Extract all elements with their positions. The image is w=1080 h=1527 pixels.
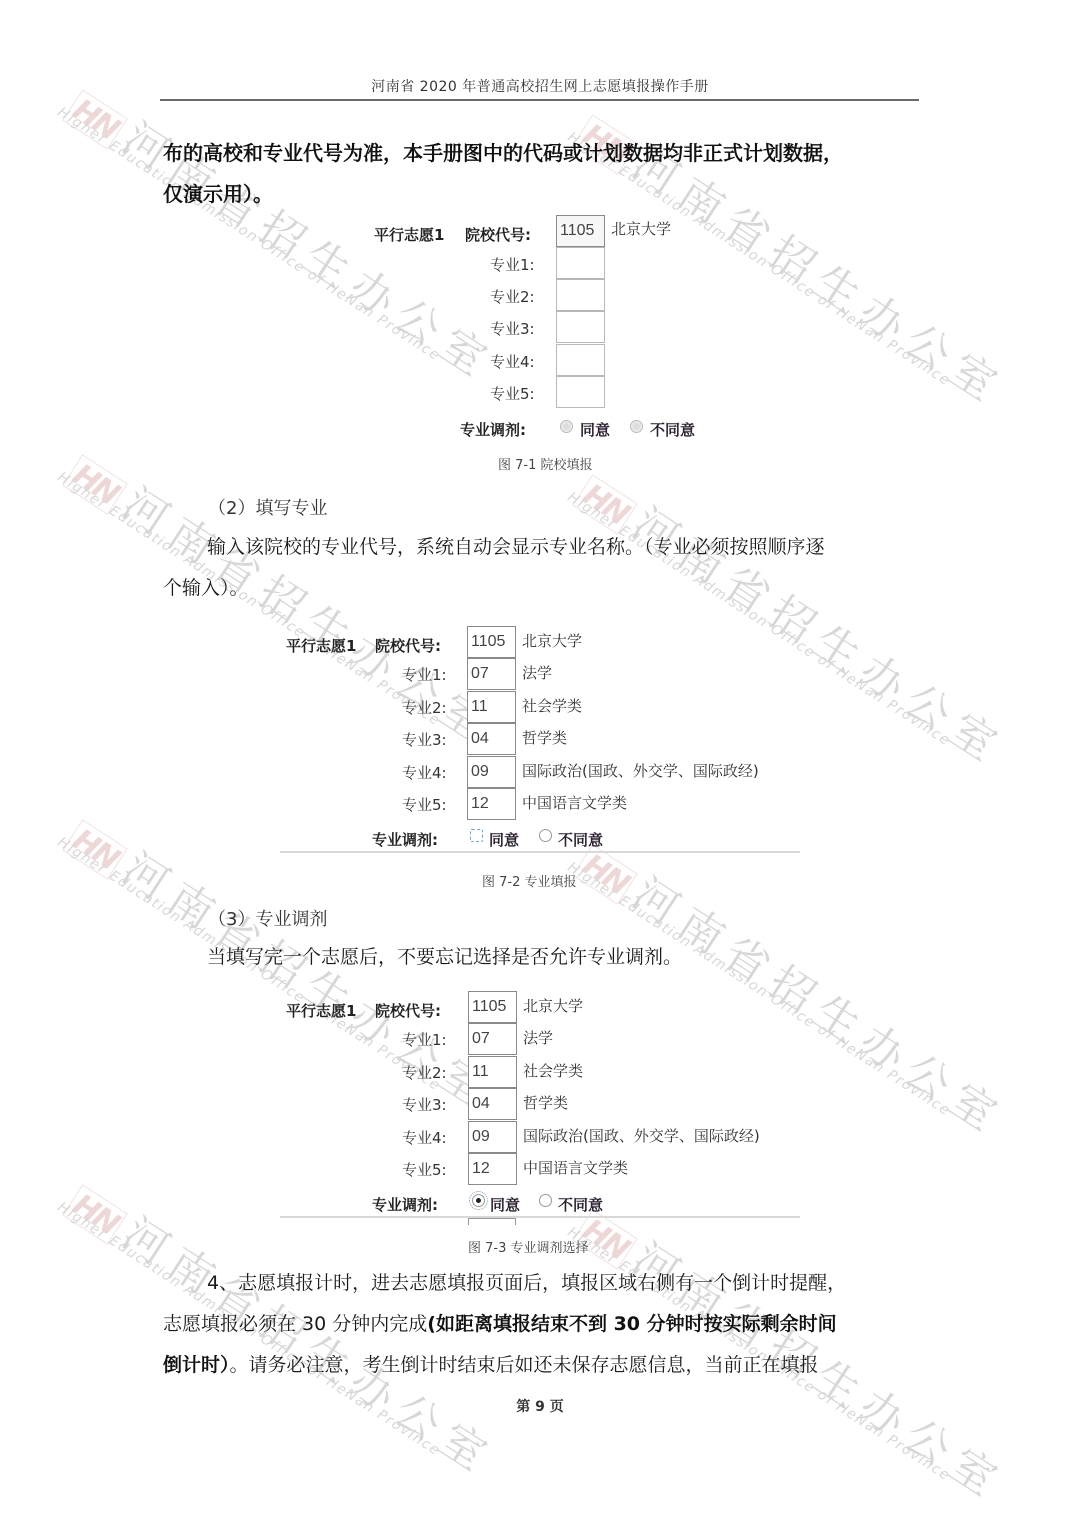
major-4-label: 专业4: xyxy=(402,1127,447,1148)
major-5-input[interactable]: 12 xyxy=(467,788,516,820)
major-5-name: 中国语言文学类 xyxy=(522,792,627,813)
major-2-label: 专业2: xyxy=(402,697,447,718)
group-label: 平行志愿1 xyxy=(374,224,444,245)
watermark: HN河南省招生办公室 Higher Education Admission Of… xyxy=(570,825,1019,1148)
watermark-logo-icon: HN xyxy=(62,819,128,880)
major-1-label: 专业1: xyxy=(490,254,535,275)
major-4-input[interactable]: 09 xyxy=(468,1121,517,1153)
major-3-label: 专业3: xyxy=(402,1094,447,1115)
disagree-radio[interactable] xyxy=(630,420,643,433)
disagree-label[interactable]: 不同意 xyxy=(558,1194,603,1215)
clipped-input xyxy=(468,1218,516,1225)
figure-caption: 图 7-2 专业填报 xyxy=(482,871,577,890)
section-2-body: 输入该院校的专业代号，系统自动会显示专业名称。（专业必须按照顺序逐 个输入）。 xyxy=(163,527,918,609)
watermark-logo-icon: HN xyxy=(62,454,128,515)
major-4-input[interactable] xyxy=(556,344,605,376)
school-code-label: 院校代号: xyxy=(375,1000,441,1021)
major-2-input[interactable] xyxy=(556,279,605,311)
adjust-label: 专业调剂: xyxy=(372,829,438,850)
adjust-label: 专业调剂: xyxy=(460,419,526,440)
major-5-label: 专业5: xyxy=(402,794,447,815)
major-5-name: 中国语言文学类 xyxy=(523,1157,628,1178)
major-4-input[interactable]: 09 xyxy=(467,756,516,788)
adjust-label: 专业调剂: xyxy=(372,1194,438,1215)
major-1-label: 专业1: xyxy=(402,1029,447,1050)
disagree-label[interactable]: 不同意 xyxy=(558,829,603,850)
figure-divider xyxy=(280,851,800,853)
major-4-name: 国际政治(国政、外交学、国际政经) xyxy=(522,760,759,781)
major-5-label: 专业5: xyxy=(402,1159,447,1180)
figure-caption: 图 7-1 院校填报 xyxy=(498,454,593,473)
agree-radio[interactable] xyxy=(470,829,483,842)
school-name: 北京大学 xyxy=(522,630,582,651)
school-code-label: 院校代号: xyxy=(375,635,441,656)
major-3-name: 哲学类 xyxy=(522,727,567,748)
watermark-logo-icon: HN xyxy=(62,89,128,150)
major-5-input[interactable]: 12 xyxy=(468,1153,517,1185)
disagree-radio[interactable] xyxy=(539,1194,552,1207)
page-number: 第 9 页 xyxy=(0,1396,1080,1416)
watermark-logo-icon: HN xyxy=(572,474,638,535)
group-label: 平行志愿1 xyxy=(286,1000,356,1021)
major-3-input[interactable]: 04 xyxy=(468,1088,517,1120)
major-2-name: 社会学类 xyxy=(522,695,582,716)
major-3-input[interactable]: 04 xyxy=(467,723,516,755)
major-3-input[interactable] xyxy=(556,311,605,343)
school-code-label: 院校代号: xyxy=(465,224,531,245)
school-code-input[interactable]: 1105 xyxy=(556,215,605,247)
disagree-label[interactable]: 不同意 xyxy=(650,419,695,440)
major-2-label: 专业2: xyxy=(402,1062,447,1083)
figure-caption: 图 7-3 专业调剂选择 xyxy=(468,1237,589,1256)
header-divider xyxy=(160,99,919,101)
agree-radio[interactable] xyxy=(472,1194,485,1207)
section-3-body: 当填写完一个志愿后，不要忘记选择是否允许专业调剂。 xyxy=(163,937,918,978)
major-2-label: 专业2: xyxy=(490,286,535,307)
school-name: 北京大学 xyxy=(523,995,583,1016)
major-1-name: 法学 xyxy=(523,1027,553,1048)
major-4-label: 专业4: xyxy=(490,351,535,372)
major-1-input[interactable]: 07 xyxy=(467,658,516,690)
agree-radio[interactable] xyxy=(560,420,573,433)
watermark: HN河南省招生办公室 Higher Education Admission Of… xyxy=(570,455,1019,778)
school-name: 北京大学 xyxy=(611,218,671,239)
watermark-logo-icon: HN xyxy=(572,844,638,905)
major-4-name: 国际政治(国政、外交学、国际政经) xyxy=(523,1125,760,1146)
watermark-logo-icon: HN xyxy=(62,1184,128,1245)
major-1-input[interactable]: 07 xyxy=(468,1023,517,1055)
section-4-body: 4、志愿填报计时，进去志愿填报页面后，填报区域右侧有一个倒计时提醒， 志愿填报必… xyxy=(163,1263,918,1386)
major-3-label: 专业3: xyxy=(402,729,447,750)
section-2-heading: （2）填写专业 xyxy=(208,494,327,520)
section-3-heading: （3）专业调剂 xyxy=(208,905,327,931)
major-1-label: 专业1: xyxy=(402,664,447,685)
major-1-name: 法学 xyxy=(522,662,552,683)
major-1-input[interactable] xyxy=(556,247,605,279)
agree-label[interactable]: 同意 xyxy=(580,419,610,440)
school-code-input[interactable]: 1105 xyxy=(467,626,516,658)
major-2-input[interactable]: 11 xyxy=(467,691,516,723)
agree-label[interactable]: 同意 xyxy=(489,829,519,850)
group-label: 平行志愿1 xyxy=(286,635,356,656)
major-2-name: 社会学类 xyxy=(523,1060,583,1081)
major-3-name: 哲学类 xyxy=(523,1092,568,1113)
major-5-label: 专业5: xyxy=(490,383,535,404)
agree-label[interactable]: 同意 xyxy=(490,1194,520,1215)
figure-divider xyxy=(280,1216,800,1218)
major-3-label: 专业3: xyxy=(490,318,535,339)
school-code-input[interactable]: 1105 xyxy=(468,991,517,1023)
major-2-input[interactable]: 11 xyxy=(468,1056,517,1088)
disagree-radio[interactable] xyxy=(539,829,552,842)
major-4-label: 专业4: xyxy=(402,762,447,783)
major-5-input[interactable] xyxy=(556,376,605,408)
intro-paragraph: 布的高校和专业代号为准，本手册图中的代码或计划数据均非正式计划数据， 仅演示用）… xyxy=(163,133,918,215)
page-header: 河南省 2020 年普通高校招生网上志愿填报操作手册 xyxy=(160,76,920,96)
